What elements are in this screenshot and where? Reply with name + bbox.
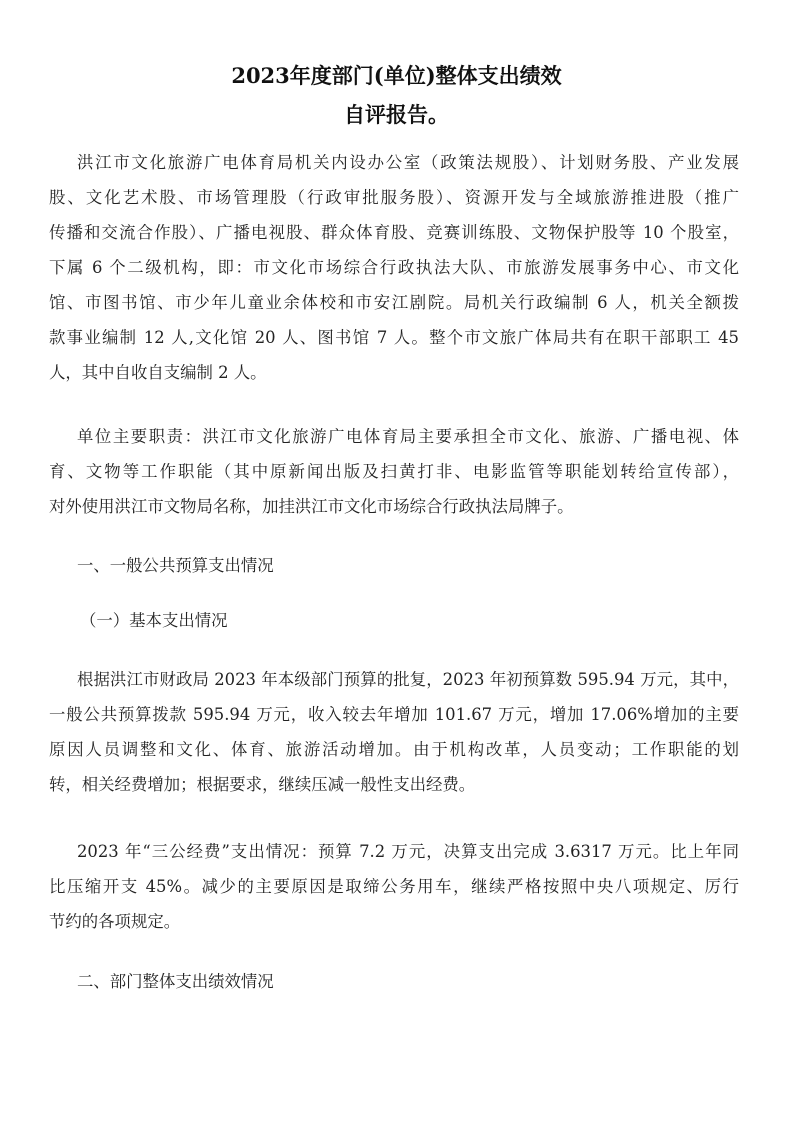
text-line: 馆、市图书馆、市少年儿童业余体校和市安江剧院。局机关行政编制 6 人，机关全额拨 bbox=[49, 293, 739, 313]
text-line: 2023 年“三公经费”支出情况：预算 7.2 万元，决算支出完成 3.6317… bbox=[77, 842, 739, 862]
text-line: 比压缩开支 45%。减少的主要原因是取缔公务用车，继续严格按照中央八项规定、厉行 bbox=[49, 877, 739, 897]
text-line: 洪江市文化旅游广电体育局机关内设办公室（政策法规股）、计划财务股、产业发展 bbox=[77, 153, 739, 173]
text-line: 根据洪江市财政局 2023 年本级部门预算的批复，2023 年初预算数 595.… bbox=[77, 670, 739, 690]
text-line: 转，相关经费增加；根据要求，继续压减一般性支出经费。 bbox=[49, 775, 739, 795]
text-line: 下属 6 个二级机构，即：市文化市场综合行政执法大队、市旅游发展事务中心、市文化 bbox=[49, 258, 739, 278]
text-line: 股、文化艺术股、市场管理股（行政审批服务股）、资源开发与全域旅游推进股（推广 bbox=[49, 188, 739, 208]
text-line: 人，其中自收自支编制 2 人。 bbox=[49, 363, 739, 383]
document-title-line-1: 2023年度部门(单位)整体支出绩效 bbox=[0, 60, 793, 90]
text-line: 款事业编制 12 人,文化馆 20 人、图书馆 7 人。整个市文旅广体局共有在职… bbox=[49, 328, 739, 348]
text-line: 对外使用洪江市文物局名称，加挂洪江市文化市场综合行政执法局牌子。 bbox=[49, 497, 739, 517]
text-line: 原因人员调整和文化、体育、旅游活动增加。由于机构改革，人员变动；工作职能的划 bbox=[49, 740, 739, 760]
document-page: 2023年度部门(单位)整体支出绩效 自评报告。 洪江市文化旅游广电体育局机关内… bbox=[0, 0, 793, 1122]
text-line: 育、文物等工作职能（其中原新闻出版及扫黄打非、电影监管等职能划转给宣传部）， bbox=[49, 462, 739, 482]
section-heading-2: 二、部门整体支出绩效情况 bbox=[77, 972, 767, 992]
text-line: 传播和交流合作股）、广播电视股、群众体育股、竞赛训练股、文物保护股等 10 个股… bbox=[49, 223, 739, 243]
document-title-line-2: 自评报告。 bbox=[0, 99, 793, 129]
section-heading-1: 一、一般公共预算支出情况 bbox=[77, 556, 767, 576]
text-line: 节约的各项规定。 bbox=[49, 912, 739, 932]
text-line: 单位主要职责：洪江市文化旅游广电体育局主要承担全市文化、旅游、广播电视、体 bbox=[77, 427, 739, 447]
section-heading-1-1: （一）基本支出情况 bbox=[80, 611, 770, 631]
text-line: 一般公共预算拨款 595.94 万元，收入较去年增加 101.67 万元，增加 … bbox=[49, 705, 739, 725]
